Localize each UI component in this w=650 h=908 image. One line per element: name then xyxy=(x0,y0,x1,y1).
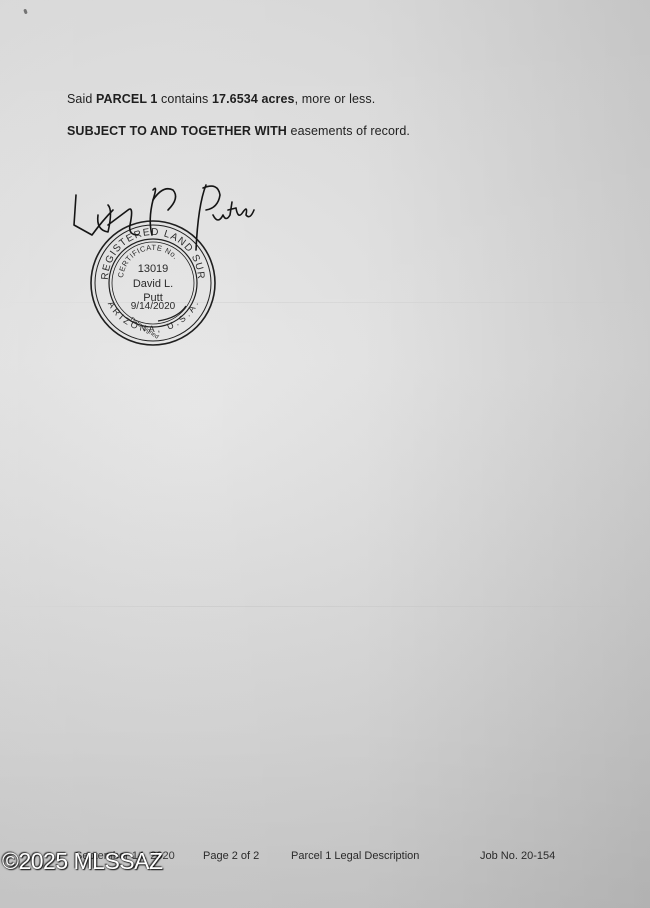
svg-text:13019: 13019 xyxy=(138,263,169,275)
paper-speck xyxy=(23,9,28,15)
acreage-value: 17.6534 acres xyxy=(212,92,295,106)
text-prefix: Said xyxy=(67,92,96,106)
footer-description: Parcel 1 Legal Description xyxy=(291,850,419,862)
easements-statement: SUBJECT TO AND TOGETHER WITH easements o… xyxy=(67,124,410,138)
easement-heading: SUBJECT TO AND TOGETHER WITH xyxy=(67,124,287,138)
text-suffix: , more or less. xyxy=(295,92,376,106)
seal-icon: REGISTERED LAND SURVEYOR CERTIFICATE No.… xyxy=(68,180,258,355)
surveyor-seal: REGISTERED LAND SURVEYOR CERTIFICATE No.… xyxy=(68,180,258,355)
footer-job-number: Job No. 20-154 xyxy=(480,850,555,862)
fold-crease xyxy=(0,606,650,607)
copyright-watermark: ©2025 MLSSAZ xyxy=(2,848,163,875)
svg-text:9/14/2020: 9/14/2020 xyxy=(131,301,176,312)
easement-text: easements of record. xyxy=(287,124,410,138)
footer-page-number: Page 2 of 2 xyxy=(203,850,259,862)
svg-text:David L.: David L. xyxy=(133,278,173,290)
parcel-name: PARCEL 1 xyxy=(96,92,157,106)
parcel-acreage-statement: Said PARCEL 1 contains 17.6534 acres, mo… xyxy=(67,92,375,106)
text-middle: contains xyxy=(157,92,212,106)
document-page: Said PARCEL 1 contains 17.6534 acres, mo… xyxy=(0,0,650,908)
